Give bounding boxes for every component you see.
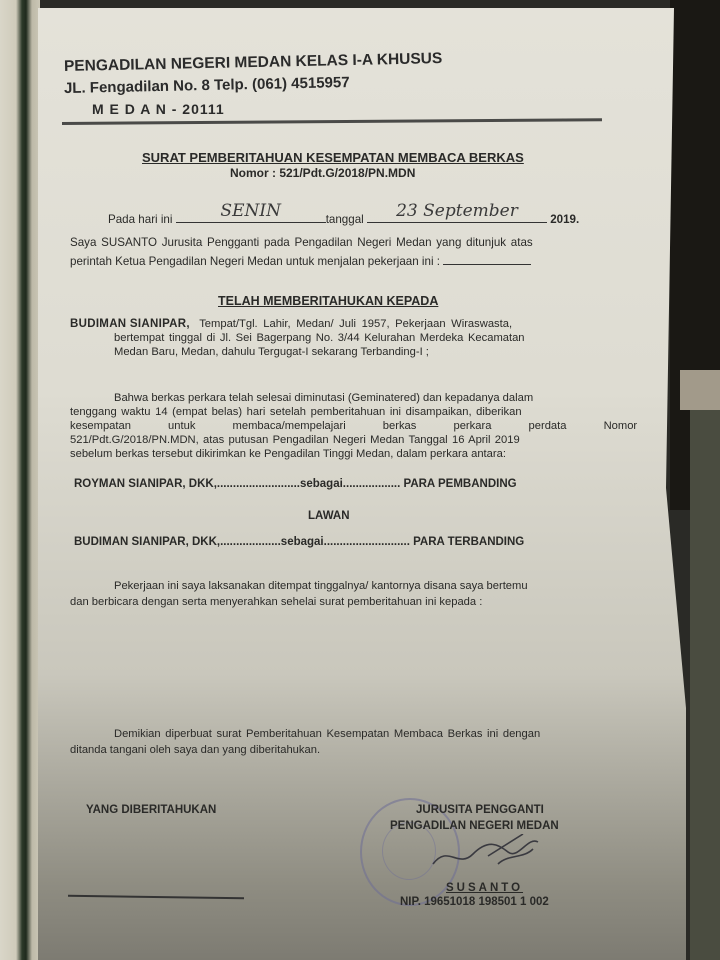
date-prefix: Pada hari ini [108, 213, 172, 226]
versus-label: LAWAN [308, 510, 350, 522]
respondent-line: BUDIMAN SIANIPAR, DKK,..................… [74, 536, 524, 548]
day-handwritten: SENIN [176, 201, 326, 221]
day-field: SENIN [176, 208, 326, 223]
background-shelf [680, 370, 720, 410]
intro-blank [443, 254, 531, 265]
court-address: JL. Fengadilan No. 8 Telp. (061) 4515957 [64, 74, 350, 97]
body-line-2: tenggang waktu 14 (empat belas) hari set… [70, 406, 522, 420]
court-city: M E D A N - 20111 [92, 101, 225, 117]
notified-signature-label: YANG DIBERITAHUKAN [86, 804, 216, 816]
bailiff-nip: NIP. 19651018 198501 1 002 [400, 896, 549, 908]
recipient-line-2: bertempat tinggal di Jl. Sei Bagerpang N… [114, 332, 525, 346]
appellant-line: ROYMAN SIANIPAR, DKK,...................… [74, 478, 517, 490]
bailiff-title-1: JURUSITA PENGGANTI [416, 804, 544, 816]
intro-line-2: perintah Ketua Pengadilan Negeri Medan u… [70, 254, 531, 268]
date-handwritten: 23 September [367, 201, 547, 221]
background-binder-edge [0, 0, 40, 960]
recipient-birth: Tempat/Tgl. Lahir, Medan/ Juli 1957, Pek… [199, 318, 512, 330]
closing-line-2: ditanda tangani oleh saya dan yang diber… [70, 744, 320, 758]
date-field: 23 September [367, 208, 547, 223]
recipient-line-1: BUDIMAN SIANIPAR, Tempat/Tgl. Lahir, Med… [70, 318, 512, 332]
date-year: 2019. [550, 213, 579, 226]
document-number: Nomor : 521/Pdt.G/2018/PN.MDN [230, 166, 415, 180]
letterhead-divider [62, 118, 602, 125]
body-line-4: 521/Pdt.G/2018/PN.MDN, atas putusan Peng… [70, 434, 520, 448]
intro-line-2-text: perintah Ketua Pengadilan Negeri Medan u… [70, 255, 440, 268]
date-line: Pada hari ini SENIN tanggal 23 September… [108, 208, 579, 226]
notified-signature-line [68, 895, 244, 899]
court-name: PENGADILAN NEGERI MEDAN KELAS I-A KHUSUS [64, 50, 443, 76]
intro-line-1: Saya SUSANTO Jurusita Pengganti pada Pen… [70, 236, 533, 249]
date-middle: tanggal [326, 213, 364, 226]
document-page: PENGADILAN NEGERI MEDAN KELAS I-A KHUSUS… [38, 8, 686, 960]
execution-line-1: Pekerjaan ini saya laksanakan ditempat t… [114, 580, 528, 594]
body-line-1: Bahwa berkas perkara telah selesai dimin… [114, 392, 533, 406]
bailiff-name: SUSANTO [446, 882, 523, 894]
execution-line-2: dan berbicara dengan serta menyerahkan s… [70, 596, 482, 610]
notified-heading: TELAH MEMBERITAHUKAN KEPADA [218, 294, 438, 308]
closing-line-1: Demikian diperbuat surat Pemberitahuan K… [114, 728, 540, 742]
recipient-line-3: Medan Baru, Medan, dahulu Tergugat-I sek… [114, 346, 429, 360]
body-line-5: sebelum berkas tersebut dikirimkan ke Pe… [70, 448, 506, 462]
recipient-name: BUDIMAN SIANIPAR, [70, 318, 190, 330]
document-title: SURAT PEMBERITAHUAN KESEMPATAN MEMBACA B… [142, 150, 524, 165]
bailiff-title-2: PENGADILAN NEGERI MEDAN [390, 820, 559, 832]
background-grey-surface [690, 410, 720, 960]
signature-scribble-icon [428, 834, 548, 874]
body-line-3: kesempatan untuk membaca/mempelajari ber… [70, 420, 637, 434]
